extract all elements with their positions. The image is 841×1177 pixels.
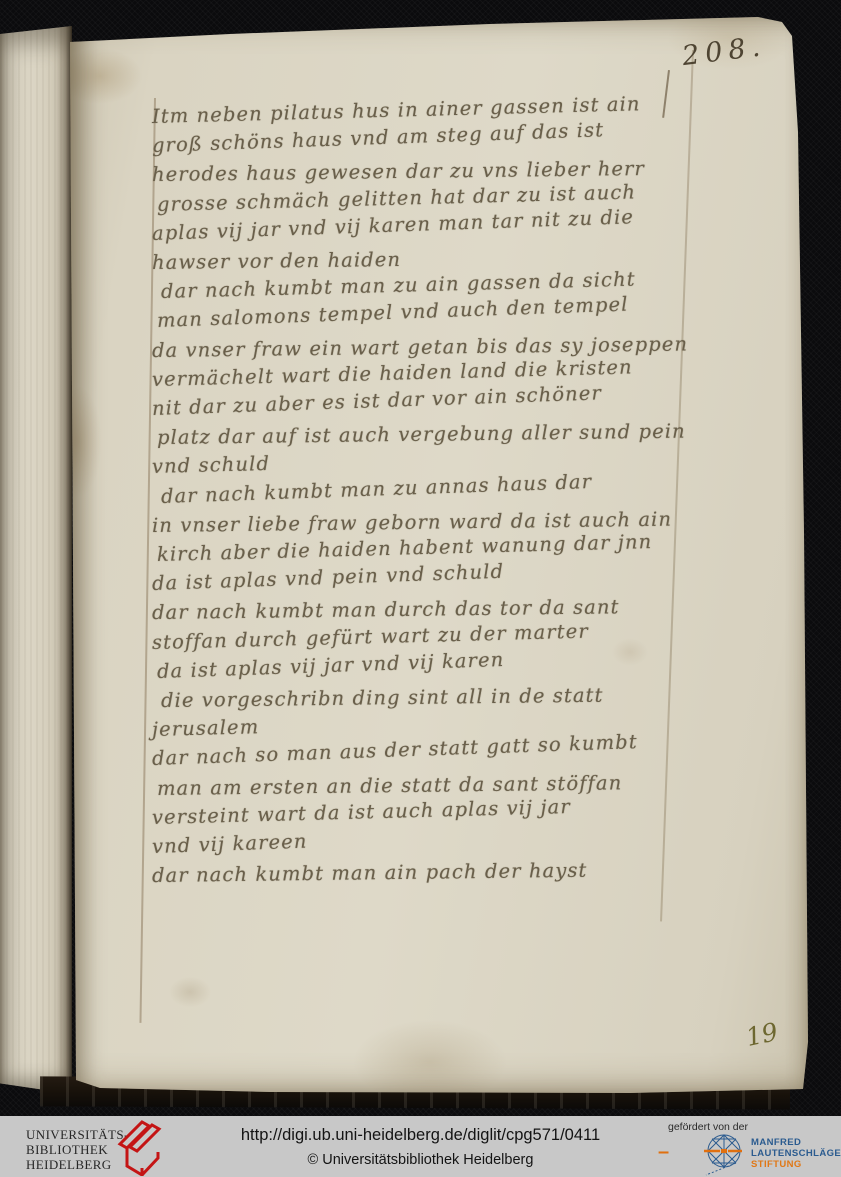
folio-number: 208. [680, 31, 767, 72]
stiftung-name-line2: LAUTENSCHLÄGER [751, 1148, 841, 1159]
handwritten-text-block: Itm neben pilatus hus in ainer gassen is… [152, 102, 720, 890]
stiftung-name: MANFRED LAUTENSCHLÄGER STIFTUNG [751, 1137, 841, 1170]
stiftung-name-line1: MANFRED [751, 1137, 841, 1148]
footer-banner: UNIVERSITÄTS- BIBLIOTHEK HEIDELBERG http… [0, 1116, 841, 1177]
lautenschlaeger-stiftung-logo-icon [702, 1130, 748, 1177]
manuscript-page: 208. Itm neben pilatus hus in ainer gass… [70, 12, 812, 1098]
orange-dash: – [658, 1141, 669, 1164]
stiftung-name-line3: STIFTUNG [751, 1159, 841, 1170]
gathering-number: 19 [743, 1017, 780, 1052]
manuscript-line: dar nach kumbt man ain pach der hayst [152, 854, 720, 890]
digitized-manuscript-viewer: 208. Itm neben pilatus hus in ainer gass… [0, 0, 841, 1177]
previous-leaves-edge [0, 26, 72, 1094]
